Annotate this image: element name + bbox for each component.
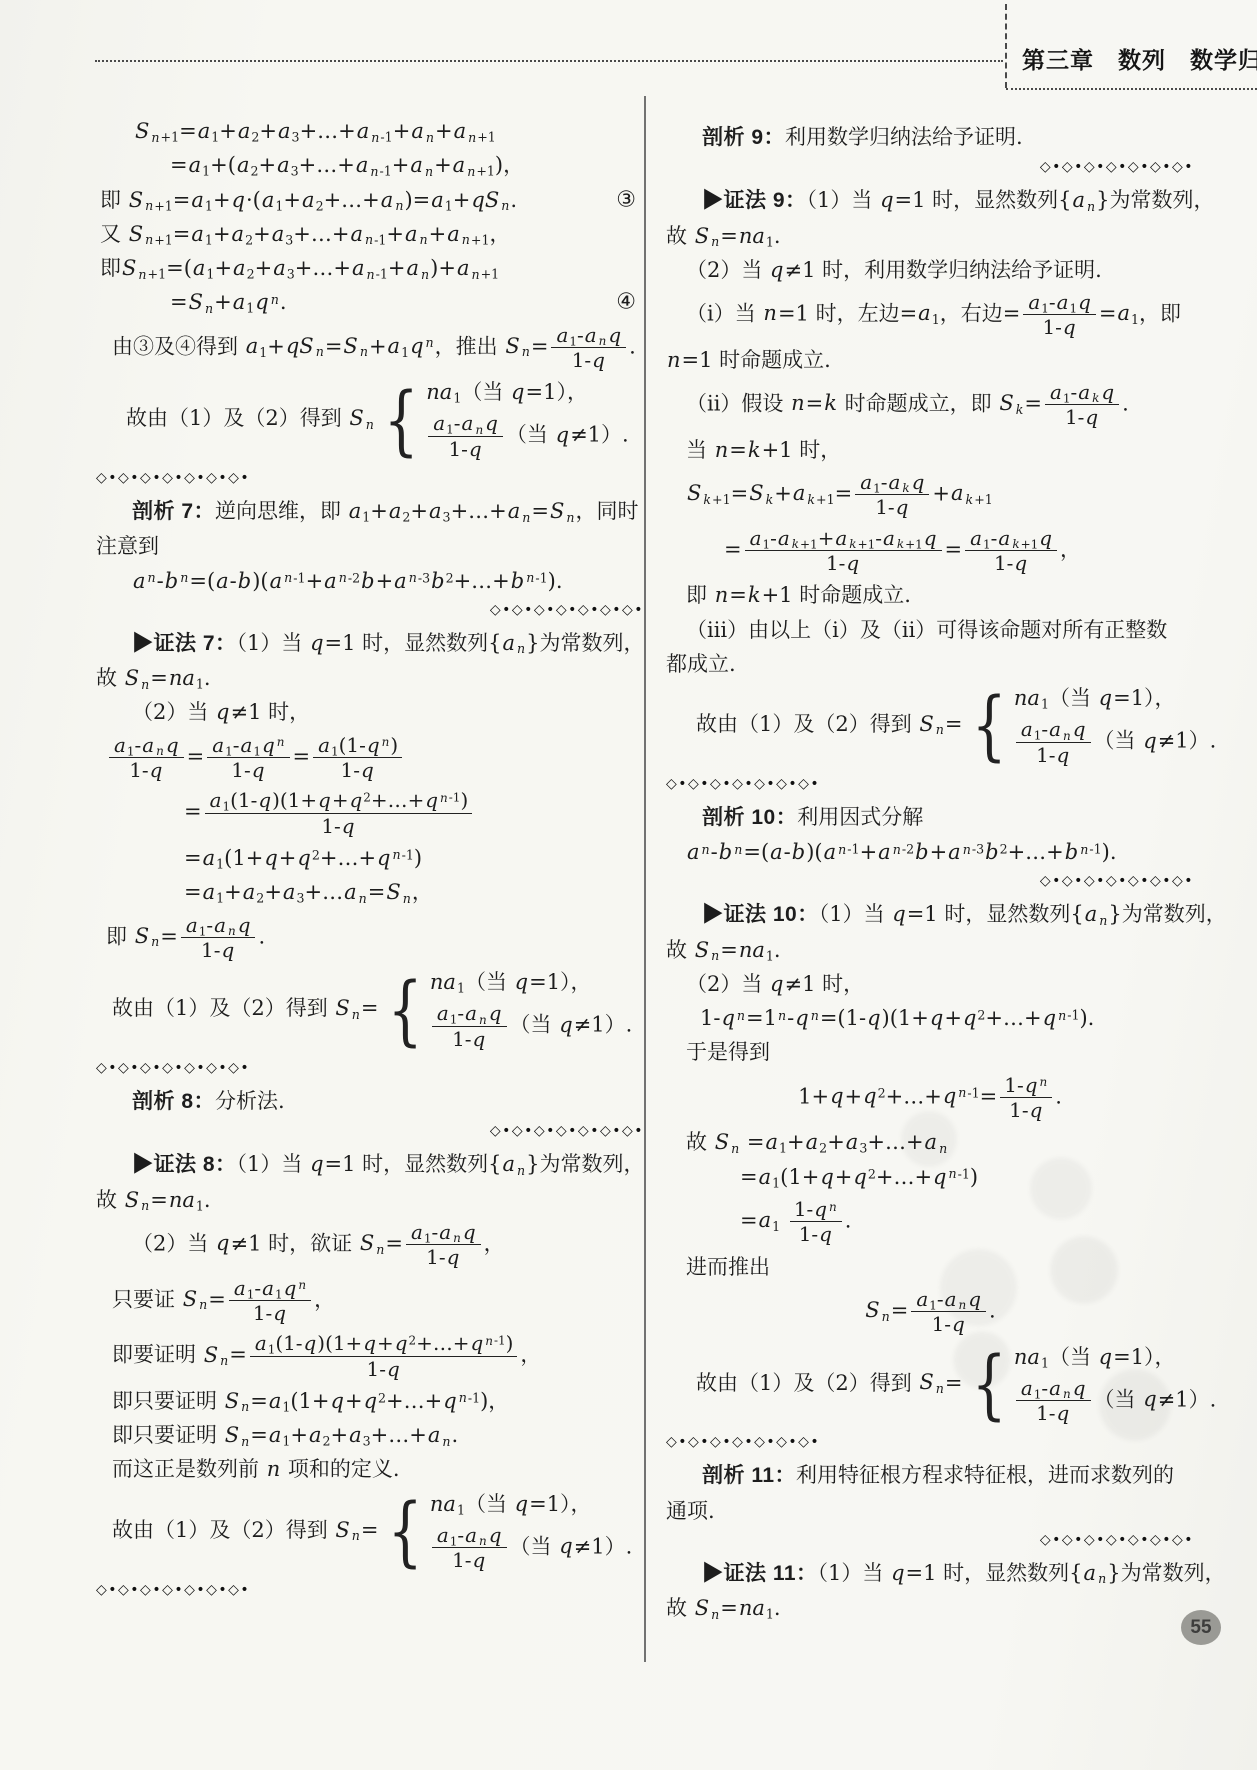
formula-line: ▶证法 7：（1）当 q=1 时，显然数列{an}为常数列， bbox=[96, 630, 644, 657]
piecewise-formula: 故由（1）及（2）得到 Sn={na1（当 q=1），a1-anq1-q（当 q… bbox=[96, 1491, 644, 1572]
page-number-badge: 55 bbox=[1181, 1610, 1221, 1645]
case-row: na1（当 q=1）， bbox=[429, 969, 632, 995]
formula-line: Sk+1=Sk+ak+1=a1-akq1-q+ak+1 bbox=[666, 471, 1194, 519]
formula-line: 剖析 7：逆向思维，即 a1+a2+a3+…+an=Sn，同时 bbox=[96, 498, 644, 525]
formula-line: a1-anq1-q=a1-a1qn1-q=a1(1-qn)1-q bbox=[96, 734, 644, 782]
formula-line: （2）当 q≠1 时，欲证 Sn=a1-anq1-q， bbox=[96, 1221, 644, 1269]
formula-line: 1+q+q2+…+qn-1=1-qn1-q. bbox=[666, 1074, 1194, 1122]
formula-line: （ⅰ）当 n=1 时，左边=a1，右边=a1-a1q1-q=a1，即 bbox=[666, 291, 1194, 339]
section-divider: ◇•◇•◇•◇•◇•◇•◇• bbox=[96, 602, 644, 618]
right-column: 剖析 9：利用数学归纳法给予证明.◇•◇•◇•◇•◇•◇•◇•▶证法 9：（1）… bbox=[666, 124, 1194, 1629]
header-rule-left bbox=[95, 60, 1003, 62]
formula-line: 而这正是数列前 n 项和的定义. bbox=[96, 1456, 644, 1482]
header-rule-vertical bbox=[1005, 4, 1007, 88]
section-divider: ◇•◇•◇•◇•◇•◇•◇• bbox=[96, 1582, 644, 1598]
formula-line: =Sn+a1qn.④ bbox=[96, 289, 644, 315]
header-rule-right bbox=[1006, 88, 1257, 90]
formula-line: an-bn=(a-b)(an-1+an-2b+an-3b2+…+bn-1). bbox=[96, 568, 644, 594]
case-row: a1-anq1-q（当 q≠1）. bbox=[1013, 1377, 1216, 1425]
formula-line: =a1(1+q+q2+…+qn-1) bbox=[666, 1164, 1194, 1190]
column-divider-rule bbox=[644, 96, 646, 1662]
formula-line: n=1 时命题成立. bbox=[666, 347, 1194, 373]
section-divider: ◇•◇•◇•◇•◇•◇•◇• bbox=[666, 1532, 1194, 1548]
formula-line: 只要证 Sn=a1-a1qn1-q， bbox=[96, 1277, 644, 1325]
formula-line: an-bn=(a-b)(an-1+an-2b+an-3b2+…+bn-1). bbox=[666, 839, 1194, 865]
formula-line: 又 Sn+1=a1+a2+a3+…+an-1+an+an+1， bbox=[96, 221, 644, 247]
formula-line: 注意到 bbox=[96, 533, 644, 559]
formula-line: 故 Sn=na1. bbox=[666, 937, 1194, 963]
case-row: a1-anq1-q（当 q≠1）. bbox=[429, 1524, 632, 1572]
formula-line: 通项. bbox=[666, 1498, 1194, 1524]
formula-line: （ⅲ）由以上（ⅰ）及（ⅱ）可得该命题对所有正整数 bbox=[666, 617, 1194, 643]
formula-line: 即只要证明 Sn=a1+a2+a3+…+an. bbox=[96, 1422, 644, 1448]
formula-line: 即 Sn+1=a1+q·(a1+a2+…+an)=a1+qSn.③ bbox=[96, 187, 644, 213]
formula-line: 由③及④得到 a1+qSn=Sn+a1qn，推出 Sn=a1-anq1-q. bbox=[96, 324, 644, 372]
formula-line: =a1(1+q+q2+…+qn-1) bbox=[96, 845, 644, 871]
formula-line: =a1(1-q)(1+q+q2+…+qn-1)1-q bbox=[96, 789, 644, 837]
formula-line: 于是得到 bbox=[666, 1039, 1194, 1065]
formula-line: （2）当 q≠1 时， bbox=[96, 699, 644, 725]
formula-line: ▶证法 8：（1）当 q=1 时，显然数列{an}为常数列， bbox=[96, 1151, 644, 1178]
section-divider: ◇•◇•◇•◇•◇•◇•◇• bbox=[666, 1434, 1194, 1450]
formula-line: 故 Sn=na1. bbox=[96, 1187, 644, 1213]
equation-tag: ④ bbox=[616, 289, 636, 317]
formula-line: 当 n=k+1 时， bbox=[666, 437, 1194, 463]
equation-tag: ③ bbox=[616, 186, 636, 214]
formula-line: 都成立. bbox=[666, 651, 1194, 677]
formula-line: 故 Sn=na1. bbox=[96, 665, 644, 691]
piecewise-formula: 故由（1）及（2）得到 Sn{na1（当 q=1），a1-anq1-q（当 q≠… bbox=[96, 379, 644, 460]
formula-line: 即要证明 Sn=a1(1-q)(1+q+q2+…+qn-1)1-q， bbox=[96, 1332, 644, 1380]
formula-line: 剖析 9：利用数学归纳法给予证明. bbox=[666, 124, 1194, 151]
formula-line: （2）当 q≠1 时， bbox=[666, 971, 1194, 997]
case-row: na1（当 q=1）， bbox=[429, 1491, 632, 1517]
book-page: 第三章 数列 数学归纳法 Sn+1=a1+a2+a3+…+an-1+an+an+… bbox=[0, 0, 1257, 1770]
section-divider: ◇•◇•◇•◇•◇•◇•◇• bbox=[96, 1123, 644, 1139]
formula-line: 1-qn=1n-qn=(1-q)(1+q+q2+…+qn-1). bbox=[666, 1005, 1194, 1031]
formula-line: ▶证法 9：（1）当 q=1 时，显然数列{an}为常数列， bbox=[666, 187, 1194, 214]
formula-line: 进而推出 bbox=[666, 1254, 1194, 1280]
formula-line: 即Sn+1=(a1+a2+a3+…+an-1+an)+an+1 bbox=[96, 255, 644, 281]
formula-line: Sn=a1-anq1-q. bbox=[666, 1288, 1194, 1336]
left-column: Sn+1=a1+a2+a3+…+an-1+an+an+1=a1+(a2+a3+…… bbox=[96, 118, 644, 1610]
page-number: 55 bbox=[1190, 1617, 1211, 1639]
case-row: na1（当 q=1）， bbox=[425, 379, 628, 405]
case-row: a1-anq1-q（当 q≠1）. bbox=[1013, 718, 1216, 766]
chapter-title: 第三章 数列 数学归纳法 bbox=[1022, 42, 1257, 75]
formula-line: （2）当 q≠1 时，利用数学归纳法给予证明. bbox=[666, 257, 1194, 283]
case-row: a1-anq1-q（当 q≠1）. bbox=[429, 1002, 632, 1050]
formula-line: ▶证法 11：（1）当 q=1 时，显然数列{an}为常数列， bbox=[666, 1560, 1194, 1587]
section-divider: ◇•◇•◇•◇•◇•◇•◇• bbox=[96, 1060, 644, 1076]
section-divider: ◇•◇•◇•◇•◇•◇•◇• bbox=[666, 159, 1194, 175]
formula-line: ▶证法 10：（1）当 q=1 时，显然数列{an}为常数列， bbox=[666, 901, 1194, 928]
formula-line: Sn+1=a1+a2+a3+…+an-1+an+an+1 bbox=[96, 118, 644, 144]
formula-line: =a1-ak+1+ak+1-ak+1q1-q=a1-ak+1q1-q， bbox=[666, 527, 1194, 575]
section-divider: ◇•◇•◇•◇•◇•◇•◇• bbox=[666, 873, 1194, 889]
formula-line: 故 Sn=na1. bbox=[666, 223, 1194, 249]
case-row: a1-anq1-q（当 q≠1）. bbox=[425, 412, 628, 460]
case-row: na1（当 q=1）， bbox=[1013, 1344, 1216, 1370]
section-divider: ◇•◇•◇•◇•◇•◇•◇• bbox=[666, 776, 1194, 792]
formula-line: 故 Sn=na1. bbox=[666, 1595, 1194, 1621]
piecewise-formula: 故由（1）及（2）得到 Sn={na1（当 q=1），a1-anq1-q（当 q… bbox=[666, 1344, 1194, 1425]
formula-line: 剖析 11：利用特征根方程求特征根，进而求数列的 bbox=[666, 1462, 1194, 1489]
formula-line: 即只要证明 Sn=a1(1+q+q2+…+qn-1)， bbox=[96, 1388, 644, 1414]
formula-line: 即 Sn=a1-anq1-q. bbox=[96, 914, 644, 962]
formula-line: 故 Sn =a1+a2+a3+…+an bbox=[666, 1129, 1194, 1155]
case-row: na1（当 q=1）， bbox=[1013, 685, 1216, 711]
formula-line: =a1+(a2+a3+…+an-1+an+an+1)， bbox=[96, 152, 644, 178]
piecewise-formula: 故由（1）及（2）得到 Sn={na1（当 q=1），a1-anq1-q（当 q… bbox=[666, 685, 1194, 766]
formula-line: =a1 1-qn1-q. bbox=[666, 1198, 1194, 1246]
formula-line: 剖析 8：分析法. bbox=[96, 1088, 644, 1115]
formula-line: 剖析 10：利用因式分解 bbox=[666, 804, 1194, 831]
formula-line: 即 n=k+1 时命题成立. bbox=[666, 582, 1194, 608]
formula-line: =a1+a2+a3+…an=Sn， bbox=[96, 879, 644, 905]
piecewise-formula: 故由（1）及（2）得到 Sn={na1（当 q=1），a1-anq1-q（当 q… bbox=[96, 969, 644, 1050]
formula-line: （ⅱ）假设 n=k 时命题成立，即 Sk=a1-akq1-q. bbox=[666, 381, 1194, 429]
section-divider: ◇•◇•◇•◇•◇•◇•◇• bbox=[96, 470, 644, 486]
